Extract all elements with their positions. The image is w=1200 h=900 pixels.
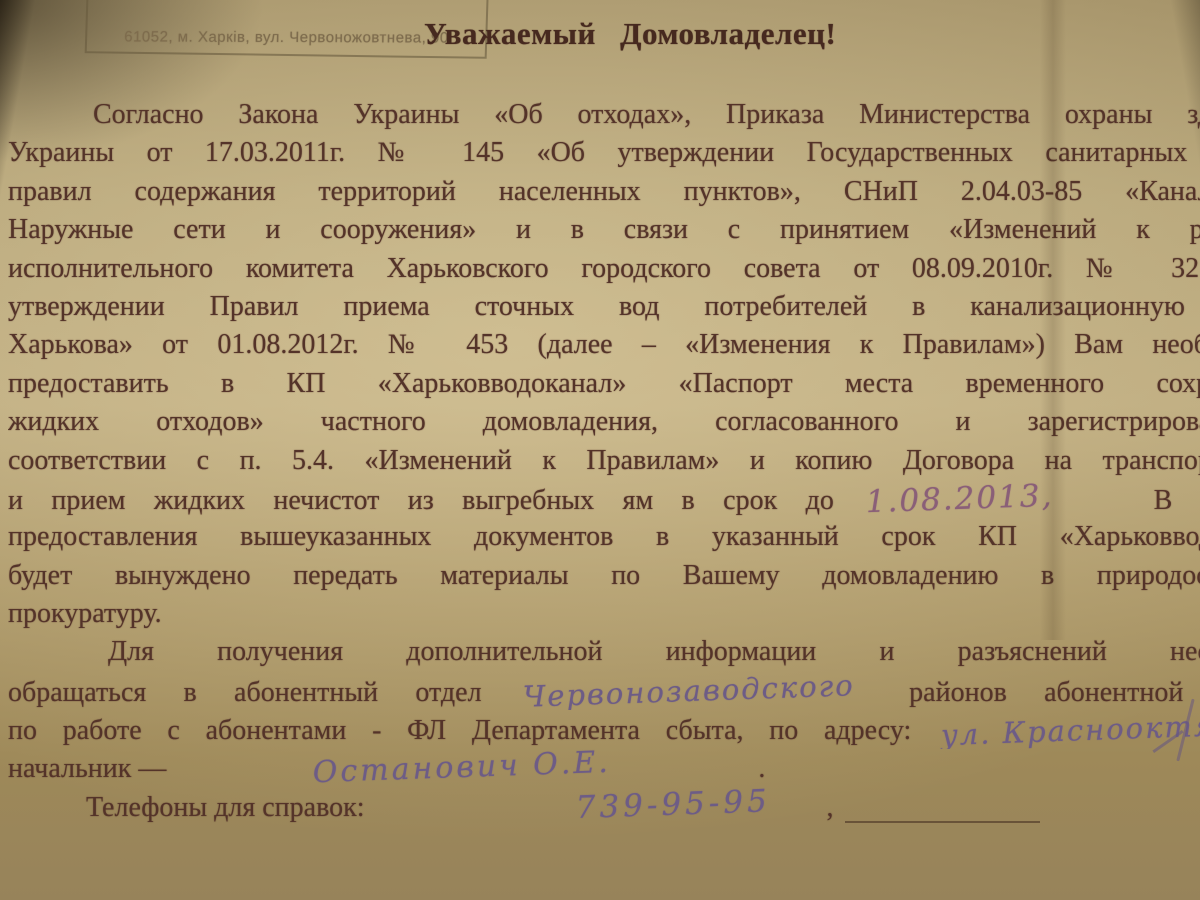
handwritten-chief-name: Останович О.Е. — [312, 749, 611, 787]
document-line: Для получения дополнительной информации … — [8, 633, 1200, 671]
typed-text: Телефоны для справок: — [86, 792, 365, 823]
typed-text: утверждении Правил приема сточных вод по… — [8, 291, 1200, 322]
typed-text: начальник — — [8, 753, 166, 784]
stamp-address-text: 61052, м. Харків, вул. Червоножовтнева, … — [124, 28, 449, 46]
typed-text: по работе с абонентами - ФЛ Департамента… — [8, 715, 911, 746]
typed-text: исполнительного комитета Харьковского го… — [8, 253, 1200, 284]
typed-text: прокуратуру. — [8, 598, 162, 629]
document-line-address: по работе с абонентами - ФЛ Департамента… — [8, 710, 1200, 748]
document-line: соответствии с п. 5.4. «Изменений к Прав… — [8, 442, 1200, 480]
document-body: Согласно Закона Украины «Об отходах», Пр… — [8, 96, 1200, 825]
document-line: прокуратуру. — [8, 595, 1200, 633]
handwritten-phone-number: 739-95-95 — [497, 787, 771, 825]
typed-text: районов абонентной служ — [909, 677, 1200, 708]
document-line-deadline: и прием жидких нечистот из выгребных ям … — [8, 480, 1200, 518]
document-photo: 61052, м. Харків, вул. Червоножовтнева, … — [0, 0, 1200, 900]
typed-text: будет вынуждено передать материалы по Ва… — [8, 560, 1200, 591]
document-line: исполнительного комитета Харьковского го… — [8, 250, 1200, 288]
document-line: будет вынуждено передать материалы по Ва… — [8, 557, 1200, 595]
document-line-chief: начальник — Останович О.Е. . — [8, 749, 1200, 787]
blank-underline: 739-95-95 — [376, 794, 816, 825]
typed-text: Украины от 17.03.2011г. № 145 «Об утверж… — [8, 137, 1200, 168]
typed-text: предоставить в КП «Харьковводоканал» «Па… — [8, 368, 1200, 399]
blank-underline — [845, 821, 1040, 823]
document-line-district: обращаться в абонентный отдел Червонозав… — [8, 672, 1200, 710]
typed-text: соответствии с п. 5.4. «Изменений к Прав… — [8, 445, 1200, 476]
typed-text: предоставления вышеуказанных документов … — [8, 521, 1200, 552]
typed-text: Наружные сети и сооружения» и в связи с … — [8, 214, 1200, 245]
blank-underline: Останович О.Е. — [177, 756, 747, 787]
typed-text: жидких отходов» частного домовладения, с… — [8, 406, 1200, 437]
typed-text: Для получения дополнительной информации … — [108, 636, 1200, 667]
document-line: Согласно Закона Украины «Об отходах», Пр… — [8, 96, 1200, 134]
typed-text: и прием жидких нечистот из выгребных ям … — [8, 485, 834, 516]
handwritten-district-name: Червонозаводского — [522, 672, 855, 710]
document-line: утверждении Правил приема сточных вод по… — [8, 288, 1200, 326]
document-line-phone: Телефоны для справок: 739-95-95 , — [8, 787, 1200, 825]
document-line: предоставления вышеуказанных документов … — [8, 518, 1200, 556]
blank-underline: 1.08.2013, — [866, 487, 1121, 518]
document-line: жидких отходов» частного домовладения, с… — [8, 403, 1200, 441]
blank-underline: Червонозаводского — [523, 679, 868, 710]
typed-text: правил содержания территорий населенных … — [8, 176, 1200, 207]
handwritten-deadline-date: 1.08.2013, — [865, 480, 1054, 518]
typed-text: , — [827, 792, 834, 823]
document-line: Украины от 17.03.2011г. № 145 «Об утверж… — [8, 134, 1200, 172]
typed-text: Харькова» от 01.08.2012г. № 453 (далее –… — [8, 329, 1200, 360]
document-line: Харькова» от 01.08.2012г. № 453 (далее –… — [8, 326, 1200, 364]
typed-text: . — [758, 753, 765, 784]
document-line: Наружные сети и сооружения» и в связи с … — [8, 211, 1200, 249]
document-line: предоставить в КП «Харьковводоканал» «Па… — [8, 365, 1200, 403]
typed-text: В случае — [1154, 485, 1200, 516]
typed-text: Согласно Закона Украины «Об отходах», Пр… — [93, 99, 1200, 130]
document-line: правил содержания территорий населенных … — [8, 173, 1200, 211]
document-title: Уважаемый Домовладелец! — [424, 16, 836, 52]
typed-text: обращаться в абонентный отдел — [8, 677, 482, 708]
